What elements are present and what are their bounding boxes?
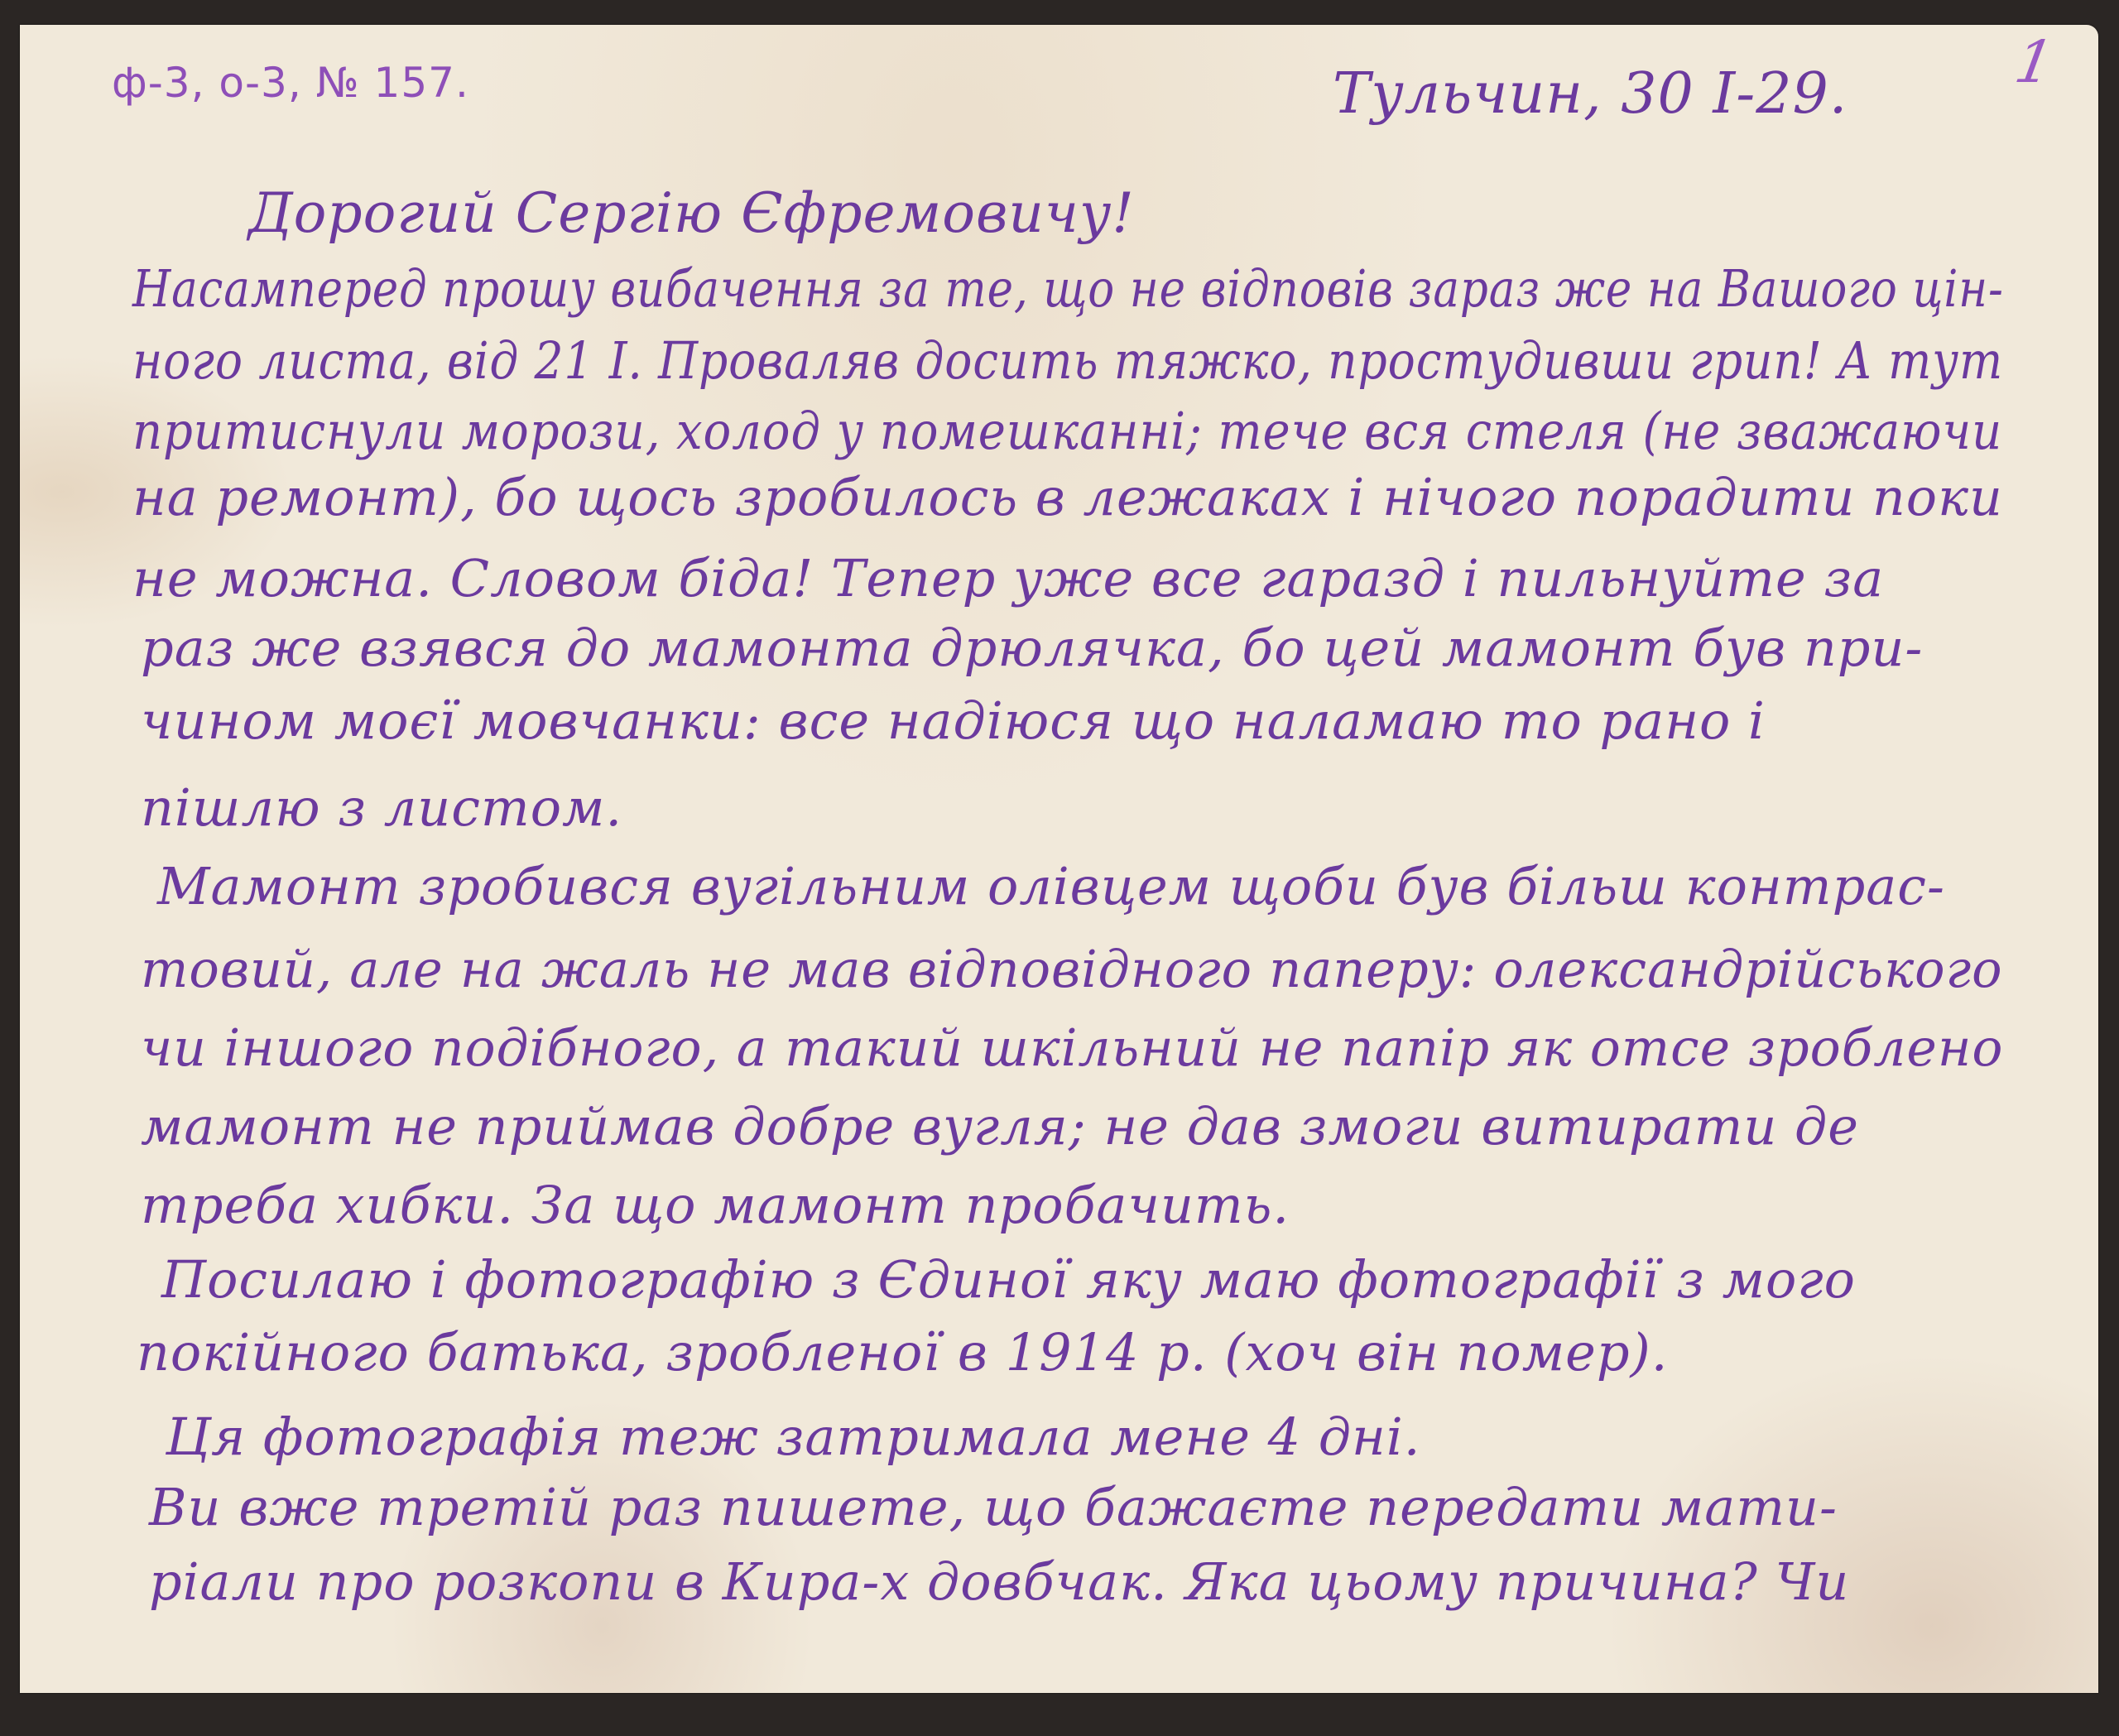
letter-line-15: покійного батька, зробленої в 1914 р. (х… bbox=[137, 1327, 1668, 1378]
letter-line-5: не можна. Словом біда! Тепер уже все гар… bbox=[132, 553, 1884, 604]
letter-line-11: чи іншого подібного, а такий шкільний не… bbox=[141, 1022, 2003, 1074]
letter-line-6: раз же взявся до мамонта дрюлячка, бо це… bbox=[141, 623, 1923, 674]
letter-line-16: Ця фотографія теж затримала мене 4 дні. bbox=[166, 1411, 1420, 1463]
salutation: Дорогий Сергію Єфремовичу! bbox=[248, 186, 1135, 241]
letter-line-10: товий, але на жаль не мав відповідного п… bbox=[141, 944, 2003, 995]
letter-line-8: пішлю з листом. bbox=[141, 782, 622, 834]
letter-line-7: чином моєї мовчанки: все надіюся що нала… bbox=[141, 695, 1766, 747]
letter-line-3: притиснули морози, холод у помешканні; т… bbox=[132, 406, 2002, 457]
place-date: Тульчин, 30 І-29. bbox=[1333, 66, 1848, 123]
letter-line-13: треба хибки. За що мамонт пробачить. bbox=[141, 1180, 1290, 1231]
letter-line-18: ріали про розкопи в Кира-х довбчак. Яка … bbox=[149, 1556, 1849, 1608]
letter-line-17: Ви вже третій раз пишете, що бажаєте пер… bbox=[149, 1482, 1838, 1533]
letter-line-1: Насамперед прошу вибачення за те, що не … bbox=[132, 263, 2004, 315]
letter-line-4: на ремонт), бо щось зробилось в лежаках … bbox=[132, 472, 2003, 523]
letter-line-12: мамонт не приймав добре вугля; не дав зм… bbox=[141, 1101, 1859, 1152]
letter-line-14: Посилаю і фотографію з Єдиної яку маю фо… bbox=[161, 1254, 1856, 1306]
letter-line-2: ного листа, від 21 І. Проваляв досить тя… bbox=[132, 335, 2003, 387]
archive-reference: ф-3, о-3, № 157. bbox=[112, 62, 469, 103]
letter-line-9: Мамонт зробився вугільним олівцем щоби б… bbox=[157, 861, 1945, 912]
